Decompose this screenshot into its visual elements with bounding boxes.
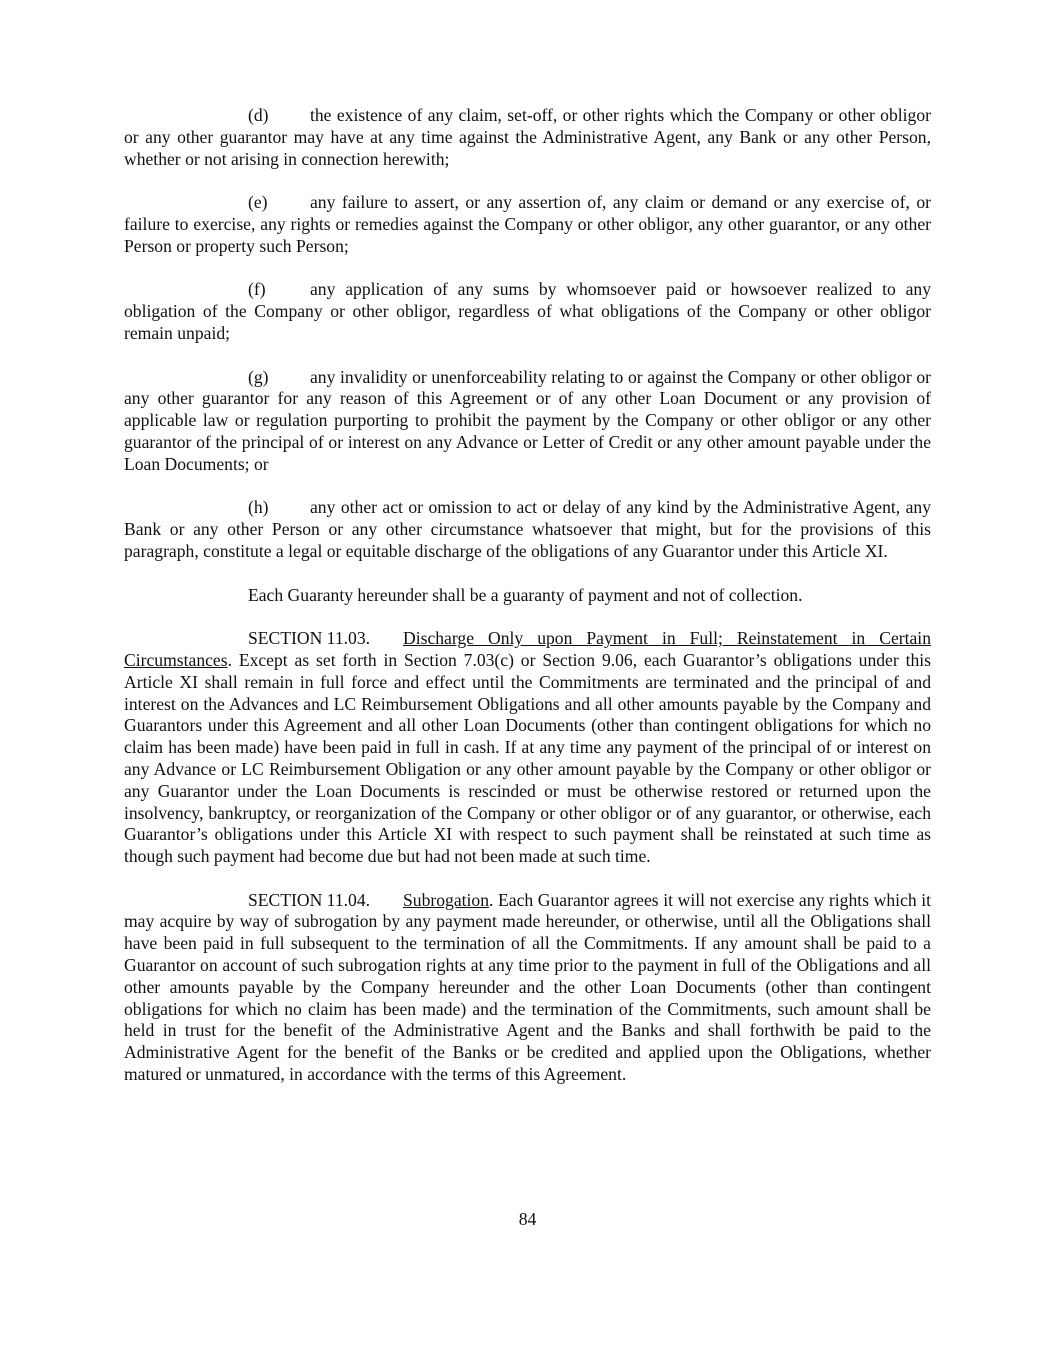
clause-e: (e)any failure to assert, or any asserti… [124,192,931,257]
clause-label: (d) [248,105,310,127]
clause-text: any other act or omission to act or dela… [124,497,931,561]
clause-text: any invalidity or unenforceability relat… [124,367,931,474]
clause-text: the existence of any claim, set-off, or … [124,105,931,169]
clause-label: (g) [248,367,310,389]
document-page: (d)the existence of any claim, set-off, … [124,105,931,1108]
section-heading: Subrogation [403,890,489,910]
section-11-03: SECTION 11.03.Discharge Only upon Paymen… [124,628,931,868]
section-body: . Each Guarantor agrees it will not exer… [124,890,931,1084]
section-11-04: SECTION 11.04.Subrogation. Each Guaranto… [124,890,931,1086]
clause-label: (e) [248,192,310,214]
section-body: . Except as set forth in Section 7.03(c)… [124,650,931,866]
section-number: SECTION 11.03. [248,628,403,650]
clause-text: any application of any sums by whomsoeve… [124,279,931,343]
clause-label: (f) [248,279,310,301]
page-number: 84 [0,1209,1055,1230]
clause-text: any failure to assert, or any assertion … [124,192,931,256]
clause-g: (g)any invalidity or unenforceability re… [124,367,931,476]
section-number: SECTION 11.04. [248,890,403,912]
guaranty-statement: Each Guaranty hereunder shall be a guara… [124,585,931,607]
clause-d: (d)the existence of any claim, set-off, … [124,105,931,170]
clause-label: (h) [248,497,310,519]
clause-f: (f)any application of any sums by whomso… [124,279,931,344]
clause-h: (h)any other act or omission to act or d… [124,497,931,562]
